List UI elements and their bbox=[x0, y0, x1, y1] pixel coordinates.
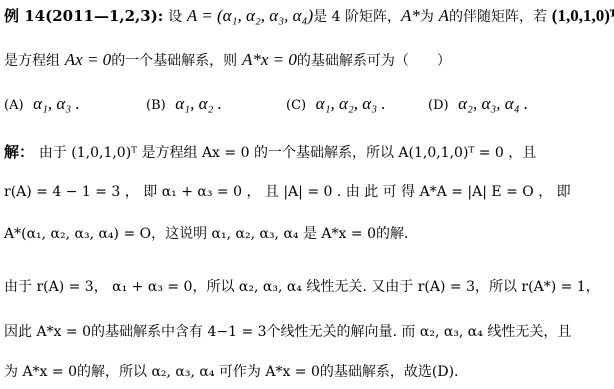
text: 是方程组 bbox=[4, 53, 60, 69]
option-c: (C) α₁, α₂, α₃ . bbox=[286, 94, 386, 114]
math: A*x = 0 bbox=[242, 50, 297, 69]
option-a: (A) α₁, α₃ . bbox=[4, 94, 80, 114]
solution-label: 解 bbox=[4, 143, 19, 161]
solution-line-3: A*(α₁, α₂, α₃, α₄) = O，这说明 α₁, α₂, α₃, α… bbox=[4, 224, 408, 244]
option-value: α₁, α₂, α₃ . bbox=[316, 94, 386, 113]
solution-line-5: 因此 A*x = 0的基础解系中含有 4−1 = 3个线性无关的解向量. 而 α… bbox=[4, 322, 571, 342]
option-label: (D) bbox=[428, 98, 449, 113]
problem-source: (2011—1,2,3): bbox=[45, 7, 163, 25]
option-b: (B) α₁, α₂ . bbox=[146, 94, 222, 114]
text: 为 bbox=[420, 9, 434, 25]
option-label: (A) bbox=[4, 98, 24, 113]
option-d: (D) α₂, α₃, α₄ . bbox=[428, 94, 528, 114]
option-value: α₂, α₃, α₄ . bbox=[458, 94, 528, 113]
text: 的基础解系可为（ ） bbox=[297, 53, 451, 69]
math: Ax = 0 bbox=[65, 50, 111, 69]
option-label: (C) bbox=[286, 98, 306, 113]
problem-label: 例 14 bbox=[4, 7, 45, 25]
option-label: (B) bbox=[146, 98, 166, 113]
solution-line-1: 解： 由于 (1,0,1,0)ᵀ 是方程组 Ax = 0 的一个基础解系，所以 … bbox=[4, 142, 536, 163]
text: 的一个基础解系，则 bbox=[111, 53, 237, 69]
math: (1,0,1,0)ᵀ bbox=[552, 6, 614, 25]
math: A = (α₁, α₂, α₃, α₄) bbox=[187, 6, 313, 25]
solution-text: 由于 (1,0,1,0)ᵀ 是方程组 Ax = 0 的一个基础解系，所以 A(1… bbox=[39, 145, 536, 161]
solution-line-4: 由于 r(A) = 3， α₁ + α₃ = 0，所以 α₂, α₃, α₄ 线… bbox=[4, 277, 600, 297]
text: 的伴随矩阵，若 bbox=[449, 9, 547, 25]
solution-line-6: 为 A*x = 0的解，所以 α₂, α₃, α₄ 可作为 A*x = 0的基础… bbox=[4, 362, 459, 382]
solution-line-2: r(A) = 4 − 1 = 3 ， 即 α₁ + α₃ = 0 ， 且 |A|… bbox=[4, 182, 571, 202]
solution-colon: ： bbox=[19, 143, 34, 161]
option-value: α₁, α₂ . bbox=[175, 94, 222, 113]
text: 设 bbox=[168, 9, 182, 25]
text: 是 4 阶矩阵， bbox=[313, 9, 401, 25]
math: A* bbox=[401, 6, 420, 25]
problem-line-1: 例 14(2011—1,2,3): 设 A = (α₁, α₂, α₃, α₄)… bbox=[4, 6, 614, 27]
problem-line-2: 是方程组 Ax = 0的一个基础解系，则 A*x = 0的基础解系可为（ ） bbox=[4, 50, 451, 71]
option-value: α₁, α₃ . bbox=[33, 94, 80, 113]
math: A bbox=[439, 6, 449, 25]
